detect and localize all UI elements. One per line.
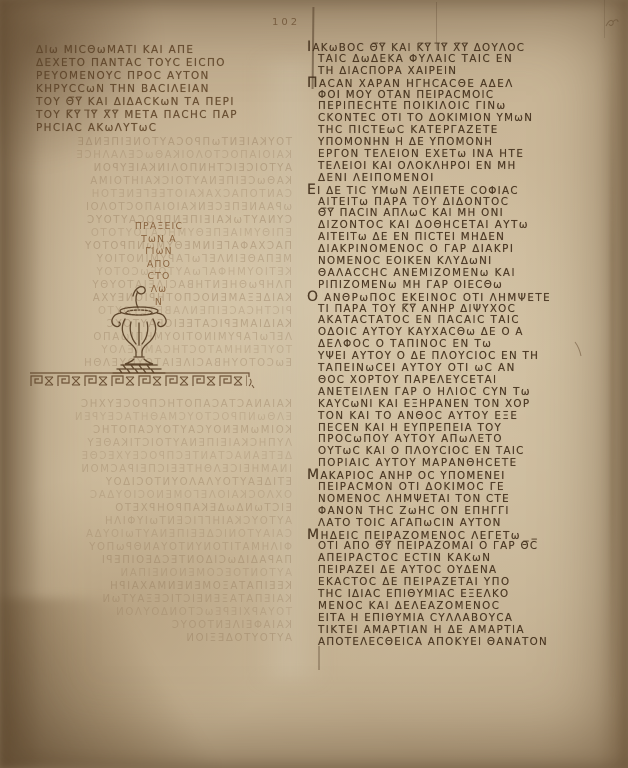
bleedthrough-line: ΚΕΕΙΠΑΤΑΞΟΜΕΝΕΝΜΑΧΑΙΡΗ — [30, 580, 292, 593]
bleedthrough-line: ΔΕΤΕΑΝΑCΤΑΝΤΕCΠΡΟCΕΥΧΕCΘΕ — [30, 450, 292, 463]
text-line: ΔΕΝΙ ΛΕΙΠΟΜΕΝΟΙ — [318, 173, 610, 185]
bleedthrough-line: ΕΛΘωΝΠΡΟCΤΟΥCΜΑΘΗΤΑCΕΥΡΕΝ — [30, 411, 292, 424]
margin-pen-mark-icon — [572, 340, 584, 358]
bleedthrough-line: CΑΝΤΟΠΑCΧΑΚΑΙΟΤΕΕΓΕΝΕΤΟΗ — [30, 188, 292, 201]
subscription-line: CΤΟ — [124, 271, 194, 284]
right-column-james-text: ΙΑΚωΒΟC Θ̅Υ̅ ΚΑΙ Κ̅Υ̅ Ι̅Υ̅ Χ̅Υ̅ ΔΟΥΛΟCΤΑ… — [318, 42, 610, 648]
text-line: ΑΠΟΤΕΛΕCΘΕΙCΑ ΑΠΟΚΥΕΙ ΘΑΝΑΤΟΝ — [318, 636, 610, 648]
subscription-line: ΠΡΑΞΕΙC — [124, 221, 194, 234]
subscription-line: ΓΙωΝ — [124, 246, 194, 259]
bleedthrough-line: ΕΙCΤωΝΔωΔΕΚΑΠΡΟΗΡΧΕΤΟ — [30, 502, 292, 515]
text-line: ΛΑΤΟ ΤΟΙC ΑΓΑΠωCΙΝ ΑΥΤΟΝ — [318, 517, 610, 529]
text-line: ΤΗ ΔΙΑCΠΟΡΑ ΧΑΙΡΕΙΝ — [318, 66, 610, 78]
bleedthrough-line: ΑΥΤΟΝΤΟΕCΟΜΕΝΟΝΕΙΠΑΝ — [30, 567, 292, 580]
bleedthrough-line: ΦΙΛΗΜΑΤΙΤΟΝΥΝΤΟΥΑΝΘΡωΠΟΥ — [30, 541, 292, 554]
bottom-left-fold — [0, 598, 250, 768]
meander-band-icon — [30, 371, 256, 393]
folio-number: 102 — [272, 17, 300, 28]
text-line: ΠΟΡΙΑΙC ΑΥΤΟΥ ΜΑΡΑΝΘΗCΕΤΕ — [318, 458, 610, 470]
bleedthrough-line: ΑΥΤΟΥCΚΑΙΗΓΓΙCΕΝΤωΙΥΦΙΛΗ — [30, 515, 292, 528]
subscription-line: ΤωΝ Α — [124, 234, 194, 247]
right-column-ruling-line — [436, 2, 437, 50]
acts-subscription: ΠΡΑΞΕΙCΤωΝ ΑΓΙωΝΑΠΟCΤΟΛωΝ — [124, 221, 194, 309]
subscription-line: Λω — [124, 284, 194, 297]
bleedthrough-line: ΛΥΠΗCΚΑΙΕΙΠΕΝΑΥΤΟΙCΤΙΚΑΘΕΥ — [30, 437, 292, 450]
bleedthrough-line: ΚΟΙΜωΜΕΝΟΥCΑΥΤΟΥCΑΠΟΤΗC — [30, 424, 292, 437]
bleedthrough-line: ωΡΑΑΝΕΠΕCΕΝΚΑΙΟΙΑΠΟCΤΟΛΟΙ — [30, 201, 292, 214]
text-line: ΡΙΠΙΖΟΜΕΝω ΜΗ ΓΑΡ ΟΙΕCΘω — [318, 280, 610, 292]
bleedthrough-line: ΚΑΘωCΕΙΠΕΝΑΥΤΟΙCΚΑΙΗΤΟΙΜΑ — [30, 175, 292, 188]
manuscript-page: 102 ΔΙω ΜΙCΘωΜΑΤΙ ΚΑΙ ΑΠΕΔΕΧΕΤΟ ΠΑΝΤΑC Τ… — [0, 0, 628, 768]
bleedthrough-line: ΙΝΑΜΗΕΙCΕΛΘΗΤΕΕΙCΠΕΙΡΑCΜΟΝ — [30, 463, 292, 476]
bleedthrough-line: ΠΑΡΑΔΙΔωCΙΔΟΝΤΕCΔΕΟΙΠΕΡΙ — [30, 554, 292, 567]
bleedthrough-line: ΟΧΛΟCΚΑΙΟΛΕΓΟΜΕΝΟCΙΟΥΔΑC — [30, 489, 292, 502]
bleedthrough-line: ΚΑΙΑΝΑCΤΑCΑΠΟΤΗCΠΡΟCΕΥΧΗC — [30, 398, 292, 411]
bleedthrough-line: CΑΙΑΥΤΟΝΙCΔΕΕΙΠΕΝΑΥΤωΙΟΥΔΑ — [30, 528, 292, 541]
subscription-line: ΑΠΟ — [124, 259, 194, 272]
right-crease — [611, 60, 614, 700]
subscription-line: Ν — [124, 297, 194, 310]
bleedthrough-line: ΕΤΙΔΕΑΥΤΟΥΛΑΛΟΥΝΤΟCΙΔΟΥ — [30, 476, 292, 489]
foot-ruling-line — [318, 646, 320, 670]
